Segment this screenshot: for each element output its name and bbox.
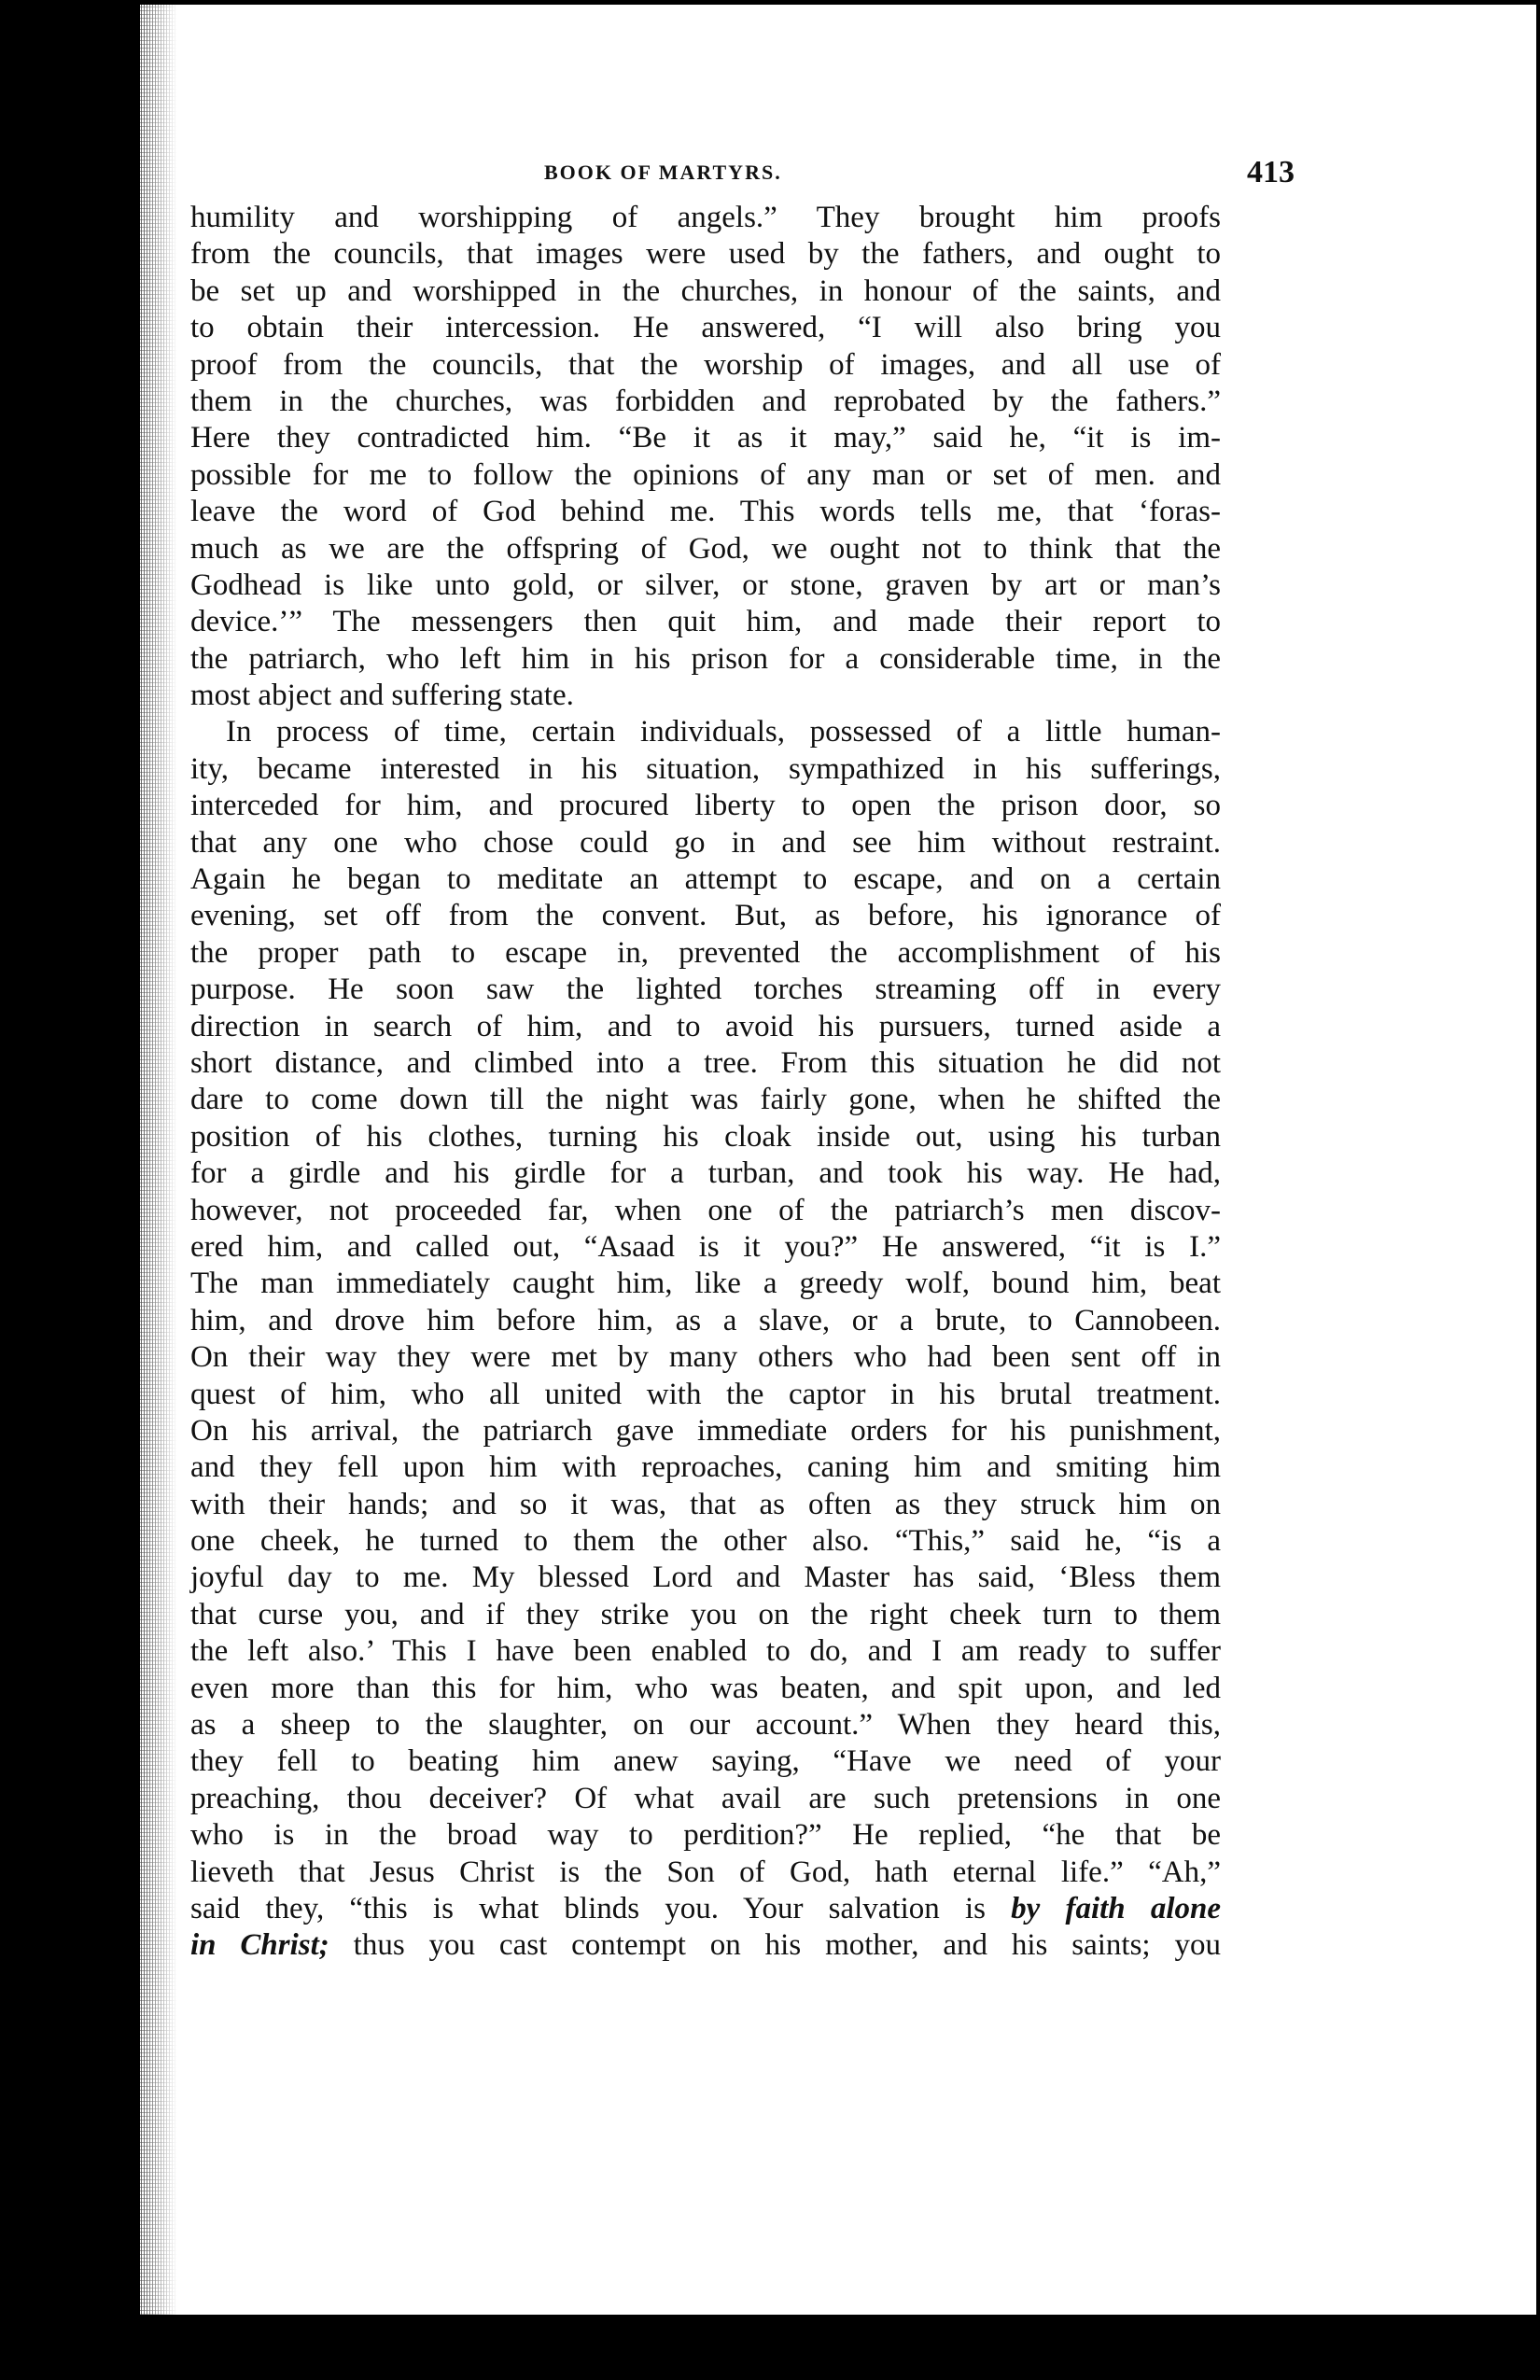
text-line: him, and drove him before him, as a slav…	[190, 1303, 1221, 1339]
line-text: said they, “this is what blinds you. You…	[190, 1892, 1011, 1925]
text-line: they fell to beating him anew saying, “H…	[190, 1743, 1221, 1780]
scan-right-border	[1536, 0, 1540, 2380]
text-line: direction in search of him, and to avoid…	[190, 1009, 1221, 1045]
text-line: On their way they were met by many other…	[190, 1339, 1221, 1376]
text-line-with-italic: said they, “this is what blinds you. You…	[190, 1891, 1221, 1927]
text-line: joyful day to me. My blessed Lord and Ma…	[190, 1560, 1221, 1596]
text-line: lieveth that Jesus Christ is the Son of …	[190, 1855, 1221, 1891]
text-line: Again he began to meditate an attempt to…	[190, 861, 1221, 898]
text-line: them in the churches, was forbidden and …	[190, 384, 1221, 420]
text-line: proof from the councils, that the worshi…	[190, 347, 1221, 384]
text-line: be set up and worshipped in the churches…	[190, 273, 1221, 310]
text-line: quest of him, who all united with the ca…	[190, 1377, 1221, 1413]
text-line: purpose. He soon saw the lighted torches…	[190, 972, 1221, 1008]
text-line: the patriarch, who left him in his priso…	[190, 641, 1221, 678]
text-line: even more than this for him, who was bea…	[190, 1671, 1221, 1707]
text-line: Here they contradicted him. “Be it as it…	[190, 420, 1221, 456]
text-line: preaching, thou deceiver? Of what avail …	[190, 1781, 1221, 1817]
scan-bottom-border	[0, 2315, 1540, 2380]
line-text: thus you cast contempt on his mother, an…	[329, 1928, 1221, 1962]
text-line: ity, became interested in his situation,…	[190, 751, 1221, 788]
paragraph-end-line: most abject and suffering state.	[190, 678, 1221, 714]
text-line: however, not proceeded far, when one of …	[190, 1193, 1221, 1229]
text-line: humility and worshipping of angels.” The…	[190, 200, 1221, 236]
text-line: the left also.’ This I have been enabled…	[190, 1633, 1221, 1670]
page-number: 413	[1247, 155, 1295, 190]
text-line: to obtain their intercession. He answere…	[190, 310, 1221, 346]
body-text: humility and worshipping of angels.” The…	[190, 200, 1221, 1965]
text-line: as a sheep to the slaughter, on our acco…	[190, 1707, 1221, 1743]
emphasis-text: by faith alone	[1011, 1892, 1221, 1925]
text-line: device.’” The messengers then quit him, …	[190, 604, 1221, 640]
text-line: possible for me to follow the opinions o…	[190, 457, 1221, 494]
text-line: dare to come down till the night was fai…	[190, 1082, 1221, 1118]
text-line: Godhead is like unto gold, or silver, or…	[190, 567, 1221, 604]
text-line: evening, set off from the convent. But, …	[190, 898, 1221, 934]
emphasis-text: in Christ;	[190, 1928, 329, 1962]
text-line: much as we are the offspring of God, we …	[190, 531, 1221, 567]
text-line: On his arrival, the patriarch gave immed…	[190, 1413, 1221, 1449]
text-line: short distance, and climbed into a tree.…	[190, 1045, 1221, 1082]
running-title: BOOK OF MARTYRS.	[544, 161, 782, 185]
text-line: for a girdle and his girdle for a turban…	[190, 1155, 1221, 1192]
text-line: from the councils, that images were used…	[190, 236, 1221, 273]
text-line: the proper path to escape in, prevented …	[190, 935, 1221, 972]
text-line: that curse you, and if they strike you o…	[190, 1597, 1221, 1633]
text-line: and they fell upon him with reproaches, …	[190, 1449, 1221, 1486]
paragraph-start-line: In process of time, certain individuals,…	[190, 714, 1221, 750]
text-line: position of his clothes, turning his clo…	[190, 1119, 1221, 1155]
text-line: who is in the broad way to perdition?” H…	[190, 1817, 1221, 1854]
text-line: one cheek, he turned to them the other a…	[190, 1523, 1221, 1560]
scan-gutter-shadow	[121, 0, 177, 2315]
text-line: The man immediately caught him, like a g…	[190, 1266, 1221, 1302]
text-line: leave the word of God behind me. This wo…	[190, 494, 1221, 530]
text-line: ered him, and called out, “Asaad is it y…	[190, 1229, 1221, 1266]
text-line: that any one who chose could go in and s…	[190, 825, 1221, 861]
text-line: with their hands; and so it was, that as…	[190, 1487, 1221, 1523]
text-line-with-italic: in Christ; thus you cast contempt on his…	[190, 1927, 1221, 1964]
text-line: interceded for him, and procured liberty…	[190, 788, 1221, 824]
